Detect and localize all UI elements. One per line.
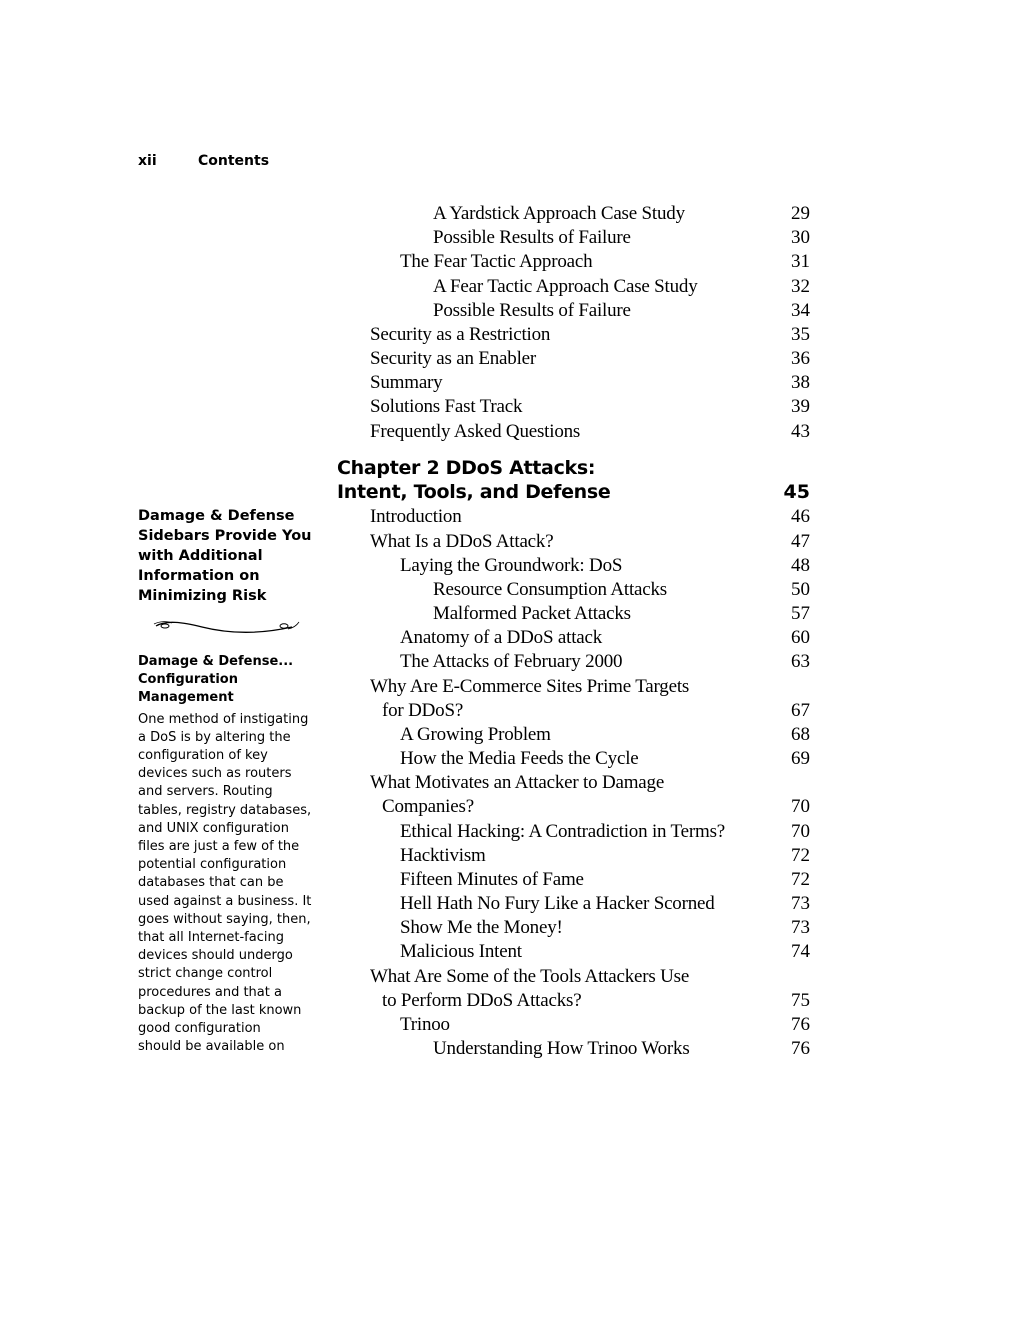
sidebar-body-line: should be available on [138, 1038, 328, 1056]
toc-entry-label: Fifteen Minutes of Fame [400, 868, 584, 892]
toc-entry-page: 57 [791, 602, 810, 626]
sidebar-intro-line: Information on [138, 566, 328, 586]
toc-entry[interactable]: Frequently Asked Questions 43 [0, 420, 1020, 444]
toc-entry-page: 30 [791, 226, 810, 250]
toc-entry[interactable]: Security as an Enabler 36 [0, 347, 1020, 371]
toc-entry-label: Laying the Groundwork: DoS [400, 554, 622, 578]
toc-entry-page: 74 [791, 940, 810, 964]
chapter-page-number: 45 [784, 480, 810, 504]
sidebar-body-line: devices should undergo [138, 947, 328, 965]
toc-entry-label: A Growing Problem [400, 723, 551, 747]
sidebar-body-line: files are just a few of the [138, 838, 328, 856]
sidebar-body-line: devices such as routers [138, 765, 328, 783]
damage-defense-sidebar: Damage & Defense... Configuration Manage… [138, 653, 328, 1056]
toc-entry-page: 50 [791, 578, 810, 602]
swirl-ornament-icon [152, 618, 302, 638]
toc-entry-page: 76 [791, 1013, 810, 1037]
sidebar-heading-line: Damage & Defense... [138, 653, 328, 671]
toc-entry-label: Hell Hath No Fury Like a Hacker Scorned [400, 892, 715, 916]
toc-entry-label: to Perform DDoS Attacks? [382, 989, 581, 1013]
toc-entry-page: 48 [791, 554, 810, 578]
sidebar-body-line: backup of the last known [138, 1002, 328, 1020]
toc-entry[interactable]: Solutions Fast Track 39 [0, 395, 1020, 419]
toc-entry-label: A Yardstick Approach Case Study [433, 202, 685, 226]
toc-entry-label: Solutions Fast Track [370, 395, 522, 419]
toc-entry-label: Malicious Intent [400, 940, 522, 964]
sidebar-heading-line: Configuration [138, 671, 328, 689]
sidebar-heading: Damage & Defense... Configuration Manage… [138, 653, 328, 708]
toc-entry-page: 36 [791, 347, 810, 371]
chapter-title-line-1[interactable]: Chapter 2 DDoS Attacks: [337, 456, 595, 480]
toc-entry-label: The Fear Tactic Approach [400, 250, 592, 274]
toc-entry-page: 73 [791, 916, 810, 940]
sidebar-body-line: goes without saying, then, [138, 911, 328, 929]
sidebar-body-line: One method of instigating [138, 711, 328, 729]
toc-entry[interactable]: Summary 38 [0, 371, 1020, 395]
toc-entry-label: Security as an Enabler [370, 347, 536, 371]
toc-entry-label: Introduction [370, 505, 462, 529]
toc-entry-page: 32 [791, 275, 810, 299]
sidebar-body-line: good configuration [138, 1020, 328, 1038]
toc-entry-label: Possible Results of Failure [433, 299, 631, 323]
sidebar-intro-line: with Additional [138, 546, 328, 566]
toc-entry-page: 47 [791, 530, 810, 554]
toc-entry-page: 39 [791, 395, 810, 419]
toc-entry-page: 29 [791, 202, 810, 226]
sidebar-body-line: configuration of key [138, 747, 328, 765]
toc-entry-page: 60 [791, 626, 810, 650]
toc-entry-label: Why Are E-Commerce Sites Prime Targets [370, 675, 689, 699]
sidebar-intro-line: Minimizing Risk [138, 586, 328, 606]
toc-entry-label: A Fear Tactic Approach Case Study [433, 275, 698, 299]
toc-entry-page: 73 [791, 892, 810, 916]
toc-entry-page: 34 [791, 299, 810, 323]
toc-entry-page: 46 [791, 505, 810, 529]
sidebar-body-line: databases that can be [138, 874, 328, 892]
running-head-title: Contents [198, 153, 269, 169]
toc-entry-page: 63 [791, 650, 810, 674]
toc-entry-label: Understanding How Trinoo Works [433, 1037, 690, 1061]
toc-entry-page: 35 [791, 323, 810, 347]
toc-entry[interactable]: Security as a Restriction 35 [0, 323, 1020, 347]
sidebar-body: One method of instigating a DoS is by al… [138, 711, 328, 1057]
sidebar-body-line: potential configuration [138, 856, 328, 874]
toc-entry-label: Companies? [382, 795, 474, 819]
toc-entry-page: 70 [791, 820, 810, 844]
sidebar-intro-line: Sidebars Provide You [138, 526, 328, 546]
toc-entry-label: The Attacks of February 2000 [400, 650, 622, 674]
toc-entry-label: Possible Results of Failure [433, 226, 631, 250]
toc-entry-label: Resource Consumption Attacks [433, 578, 667, 602]
toc-entry-label: Frequently Asked Questions [370, 420, 580, 444]
toc-entry-page: 70 [791, 795, 810, 819]
sidebar-body-line: that all Internet-facing [138, 929, 328, 947]
toc-entry-label: Malformed Packet Attacks [433, 602, 631, 626]
toc-entry[interactable]: A Yardstick Approach Case Study 29 [0, 202, 1020, 226]
toc-entry[interactable]: A Fear Tactic Approach Case Study 32 [0, 275, 1020, 299]
toc-entry-page: 43 [791, 420, 810, 444]
toc-entry-label: Anatomy of a DDoS attack [400, 626, 602, 650]
sidebar-body-line: a DoS is by altering the [138, 729, 328, 747]
sidebar-intro: Damage & Defense Sidebars Provide You wi… [138, 506, 328, 606]
toc-entry-label: Trinoo [400, 1013, 450, 1037]
toc-entry-label: How the Media Feeds the Cycle [400, 747, 639, 771]
toc-entry-label: Ethical Hacking: A Contradiction in Term… [400, 820, 725, 844]
toc-entry-page: 72 [791, 868, 810, 892]
toc-entry-label: What Motivates an Attacker to Damage [370, 771, 664, 795]
toc-entry-label: for DDoS? [382, 699, 463, 723]
toc-entry-label: Show Me the Money! [400, 916, 563, 940]
toc-entry-page: 67 [791, 699, 810, 723]
sidebar-body-line: strict change control [138, 965, 328, 983]
toc-entry-label: What Is a DDoS Attack? [370, 530, 553, 554]
toc-entry-label: What Are Some of the Tools Attackers Use [370, 965, 689, 989]
toc-entry-page: 68 [791, 723, 810, 747]
toc-entry-label: Security as a Restriction [370, 323, 550, 347]
toc-entry-page: 76 [791, 1037, 810, 1061]
sidebar-body-line: tables, registry databases, [138, 802, 328, 820]
toc-entry[interactable]: The Fear Tactic Approach 31 [0, 250, 1020, 274]
chapter-title-line-2[interactable]: Intent, Tools, and Defense [337, 480, 611, 504]
toc-entry-page: 75 [791, 989, 810, 1013]
page-number: xii [138, 153, 157, 169]
toc-entry-label: Hacktivism [400, 844, 486, 868]
toc-entry[interactable]: Possible Results of Failure 34 [0, 299, 1020, 323]
toc-entry-page: 31 [791, 250, 810, 274]
sidebar-intro-line: Damage & Defense [138, 506, 328, 526]
sidebar-body-line: and UNIX configuration [138, 820, 328, 838]
sidebar-body-line: procedures and that a [138, 984, 328, 1002]
toc-entry-page: 38 [791, 371, 810, 395]
toc-entry-label: Summary [370, 371, 443, 395]
sidebar-body-line: used against a business. It [138, 893, 328, 911]
sidebar-heading-line: Management [138, 689, 328, 707]
toc-entry-page: 69 [791, 747, 810, 771]
sidebar-body-line: and servers. Routing [138, 783, 328, 801]
toc-entry-page: 72 [791, 844, 810, 868]
toc-entry[interactable]: Possible Results of Failure 30 [0, 226, 1020, 250]
